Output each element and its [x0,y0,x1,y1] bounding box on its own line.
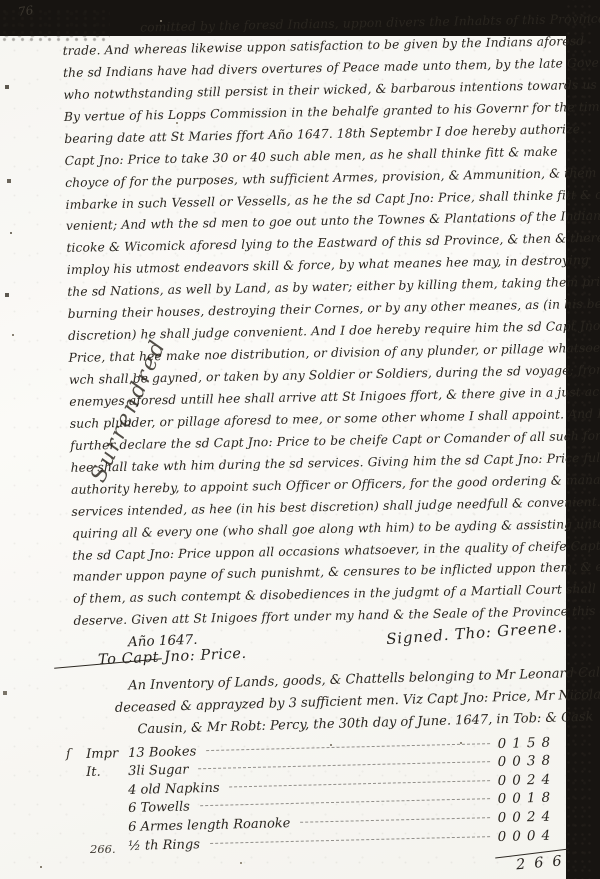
inventory-item-label: 13 Bookes [128,744,196,761]
inventory-heading: An Inventory of Lands, goods, & Chattell… [112,661,600,742]
leader-line [300,817,490,823]
commission-text-block: comitted by the foresd Indians, uppon di… [62,9,600,633]
inventory-item-value: 0024 [490,772,556,790]
inventory-item-value: 0018 [490,790,556,808]
inventory-item-label: 6 Armes length Roanoke [128,816,291,835]
inventory-item-label: 3li Sugar [128,763,189,779]
inventory-item-value: 0004 [490,828,556,846]
page-number: 266. [90,842,116,856]
inventory-item-label: 6 Towells [128,799,190,816]
inventory-item-label: ½ th Rings [128,837,200,854]
inventory-item-prefix: It. [86,764,128,780]
leader-line [206,743,490,751]
folio-mark: 76 [17,3,34,19]
commission-address: To Capt Jno: Price. [98,646,247,668]
inventory-item-prefix [86,794,128,795]
paper-specks [0,0,2,2]
inventory-total: 266 [515,853,571,874]
inventory-item-prefix [86,812,128,813]
inventory-item-prefix [86,831,128,832]
leader-line [198,761,490,769]
inventory-item-value: 0038 [490,753,556,771]
inventory-item-value: 0158 [490,735,556,753]
inventory-item-label: 4 old Napkins [128,781,220,798]
leader-line [200,798,490,806]
leader-line [230,780,491,787]
inventory-margin-mark: ſ [66,747,71,762]
inventory-item-value: 0024 [490,809,556,827]
inventory-item-prefix: Impr [86,746,128,762]
leader-line [210,836,490,844]
